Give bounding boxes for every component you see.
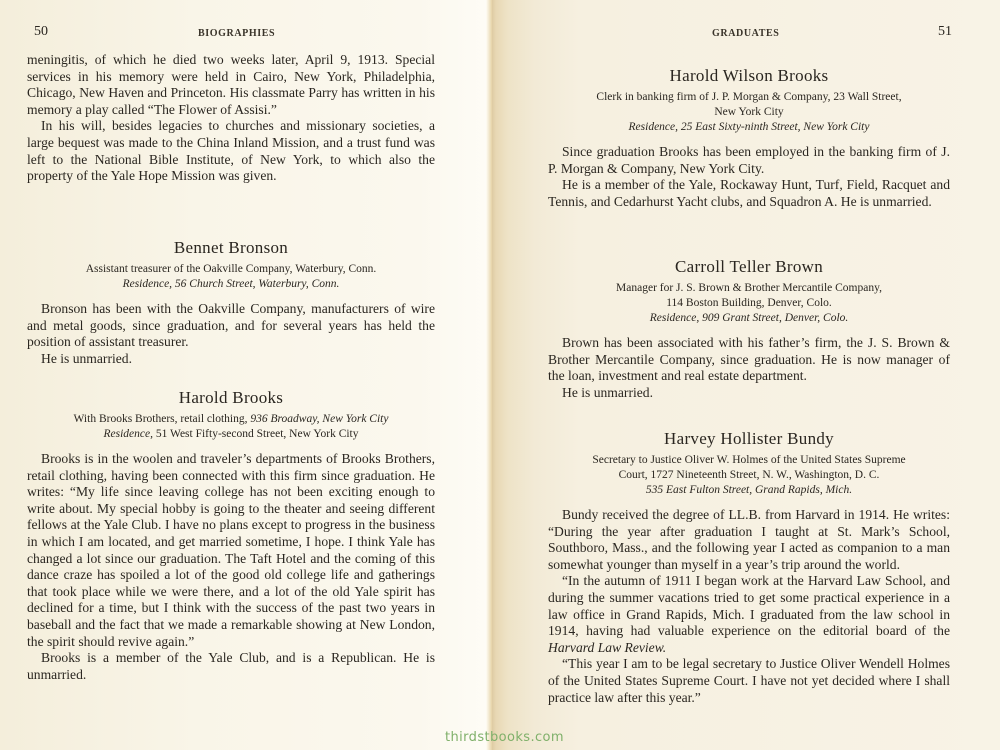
entry-occupation: Secretary to Justice Oliver W. Holmes of… (548, 453, 950, 468)
entry-name: Harold Brooks (27, 388, 435, 408)
entry-occupation-cont: Court, 1727 Nineteenth Street, N. W., Wa… (548, 468, 950, 483)
entry-residence: Residence, 909 Grant Street, Denver, Col… (548, 311, 950, 326)
entry-harold-wilson-brooks: Harold Wilson Brooks Clerk in banking fi… (548, 66, 950, 210)
continued-text: meningitis, of which he died two weeks l… (27, 52, 435, 185)
paragraph: Bronson has been with the Oakville Compa… (27, 301, 435, 351)
entry-name: Bennet Bronson (27, 238, 435, 258)
left-page: 50 BIOGRAPHIES meningitis, of which he d… (0, 0, 490, 750)
paragraph: meningitis, of which he died two weeks l… (27, 52, 435, 118)
running-head: GRADUATES (712, 28, 779, 39)
book-spread: 50 BIOGRAPHIES meningitis, of which he d… (0, 0, 1000, 750)
entry-occupation: Assistant treasurer of the Oakville Comp… (27, 262, 435, 277)
entry-residence: Residence, 51 West Fifty-second Street, … (27, 427, 435, 442)
page-number: 50 (34, 24, 48, 40)
paragraph: He is unmarried. (548, 385, 950, 402)
entry-occupation: With Brooks Brothers, retail clothing, 9… (27, 412, 435, 427)
entry-harvey-hollister-bundy: Harvey Hollister Bundy Secretary to Just… (548, 429, 950, 706)
entry-bennet-bronson: Bennet Bronson Assistant treasurer of th… (27, 238, 435, 367)
occupation-text: With Brooks Brothers, retail clothing, (74, 413, 251, 425)
paragraph-text: “In the autumn of 1911 I began work at t… (548, 573, 950, 638)
paragraph: “This year I am to be legal secretary to… (548, 656, 950, 706)
residence-label: Residence, (103, 428, 153, 440)
publication-title: Harvard Law Review. (548, 640, 666, 655)
paragraph: He is a member of the Yale, Rockaway Hun… (548, 177, 950, 210)
entry-occupation: Manager for J. S. Brown & Brother Mercan… (548, 281, 950, 296)
running-head: BIOGRAPHIES (198, 28, 275, 39)
entry-residence: Residence, 25 East Sixty-ninth Street, N… (548, 120, 950, 135)
entry-carroll-teller-brown: Carroll Teller Brown Manager for J. S. B… (548, 257, 950, 401)
paragraph: Brooks is in the woolen and traveler’s d… (27, 451, 435, 650)
paragraph: Brooks is a member of the Yale Club, and… (27, 650, 435, 683)
entry-residence: 535 East Fulton Street, Grand Rapids, Mi… (548, 483, 950, 498)
paragraph: Bundy received the degree of LL.B. from … (548, 507, 950, 573)
occupation-address: 936 Broadway, New York City (250, 413, 388, 425)
paragraph: In his will, besides legacies to churche… (27, 118, 435, 184)
paragraph: Brown has been associated with his fathe… (548, 335, 950, 385)
entry-residence: Residence, 56 Church Street, Waterbury, … (27, 277, 435, 292)
watermark: thirdstbooks.com (445, 730, 564, 745)
right-page: GRADUATES 51 Harold Wilson Brooks Clerk … (490, 0, 1000, 750)
book-gutter (486, 0, 492, 750)
entry-harold-brooks: Harold Brooks With Brooks Brothers, reta… (27, 388, 435, 683)
entry-occupation-cont: New York City (548, 105, 950, 120)
entry-name: Harold Wilson Brooks (548, 66, 950, 86)
entry-name: Harvey Hollister Bundy (548, 429, 950, 449)
entry-occupation: Clerk in banking firm of J. P. Morgan & … (548, 90, 950, 105)
residence-address: 51 West Fifty-second Street, New York Ci… (153, 428, 359, 440)
entry-occupation-cont: 114 Boston Building, Denver, Colo. (548, 296, 950, 311)
page-number: 51 (938, 24, 952, 40)
paragraph: “In the autumn of 1911 I began work at t… (548, 573, 950, 656)
paragraph: He is unmarried. (27, 351, 435, 368)
entry-name: Carroll Teller Brown (548, 257, 950, 277)
paragraph: Since graduation Brooks has been employe… (548, 144, 950, 177)
